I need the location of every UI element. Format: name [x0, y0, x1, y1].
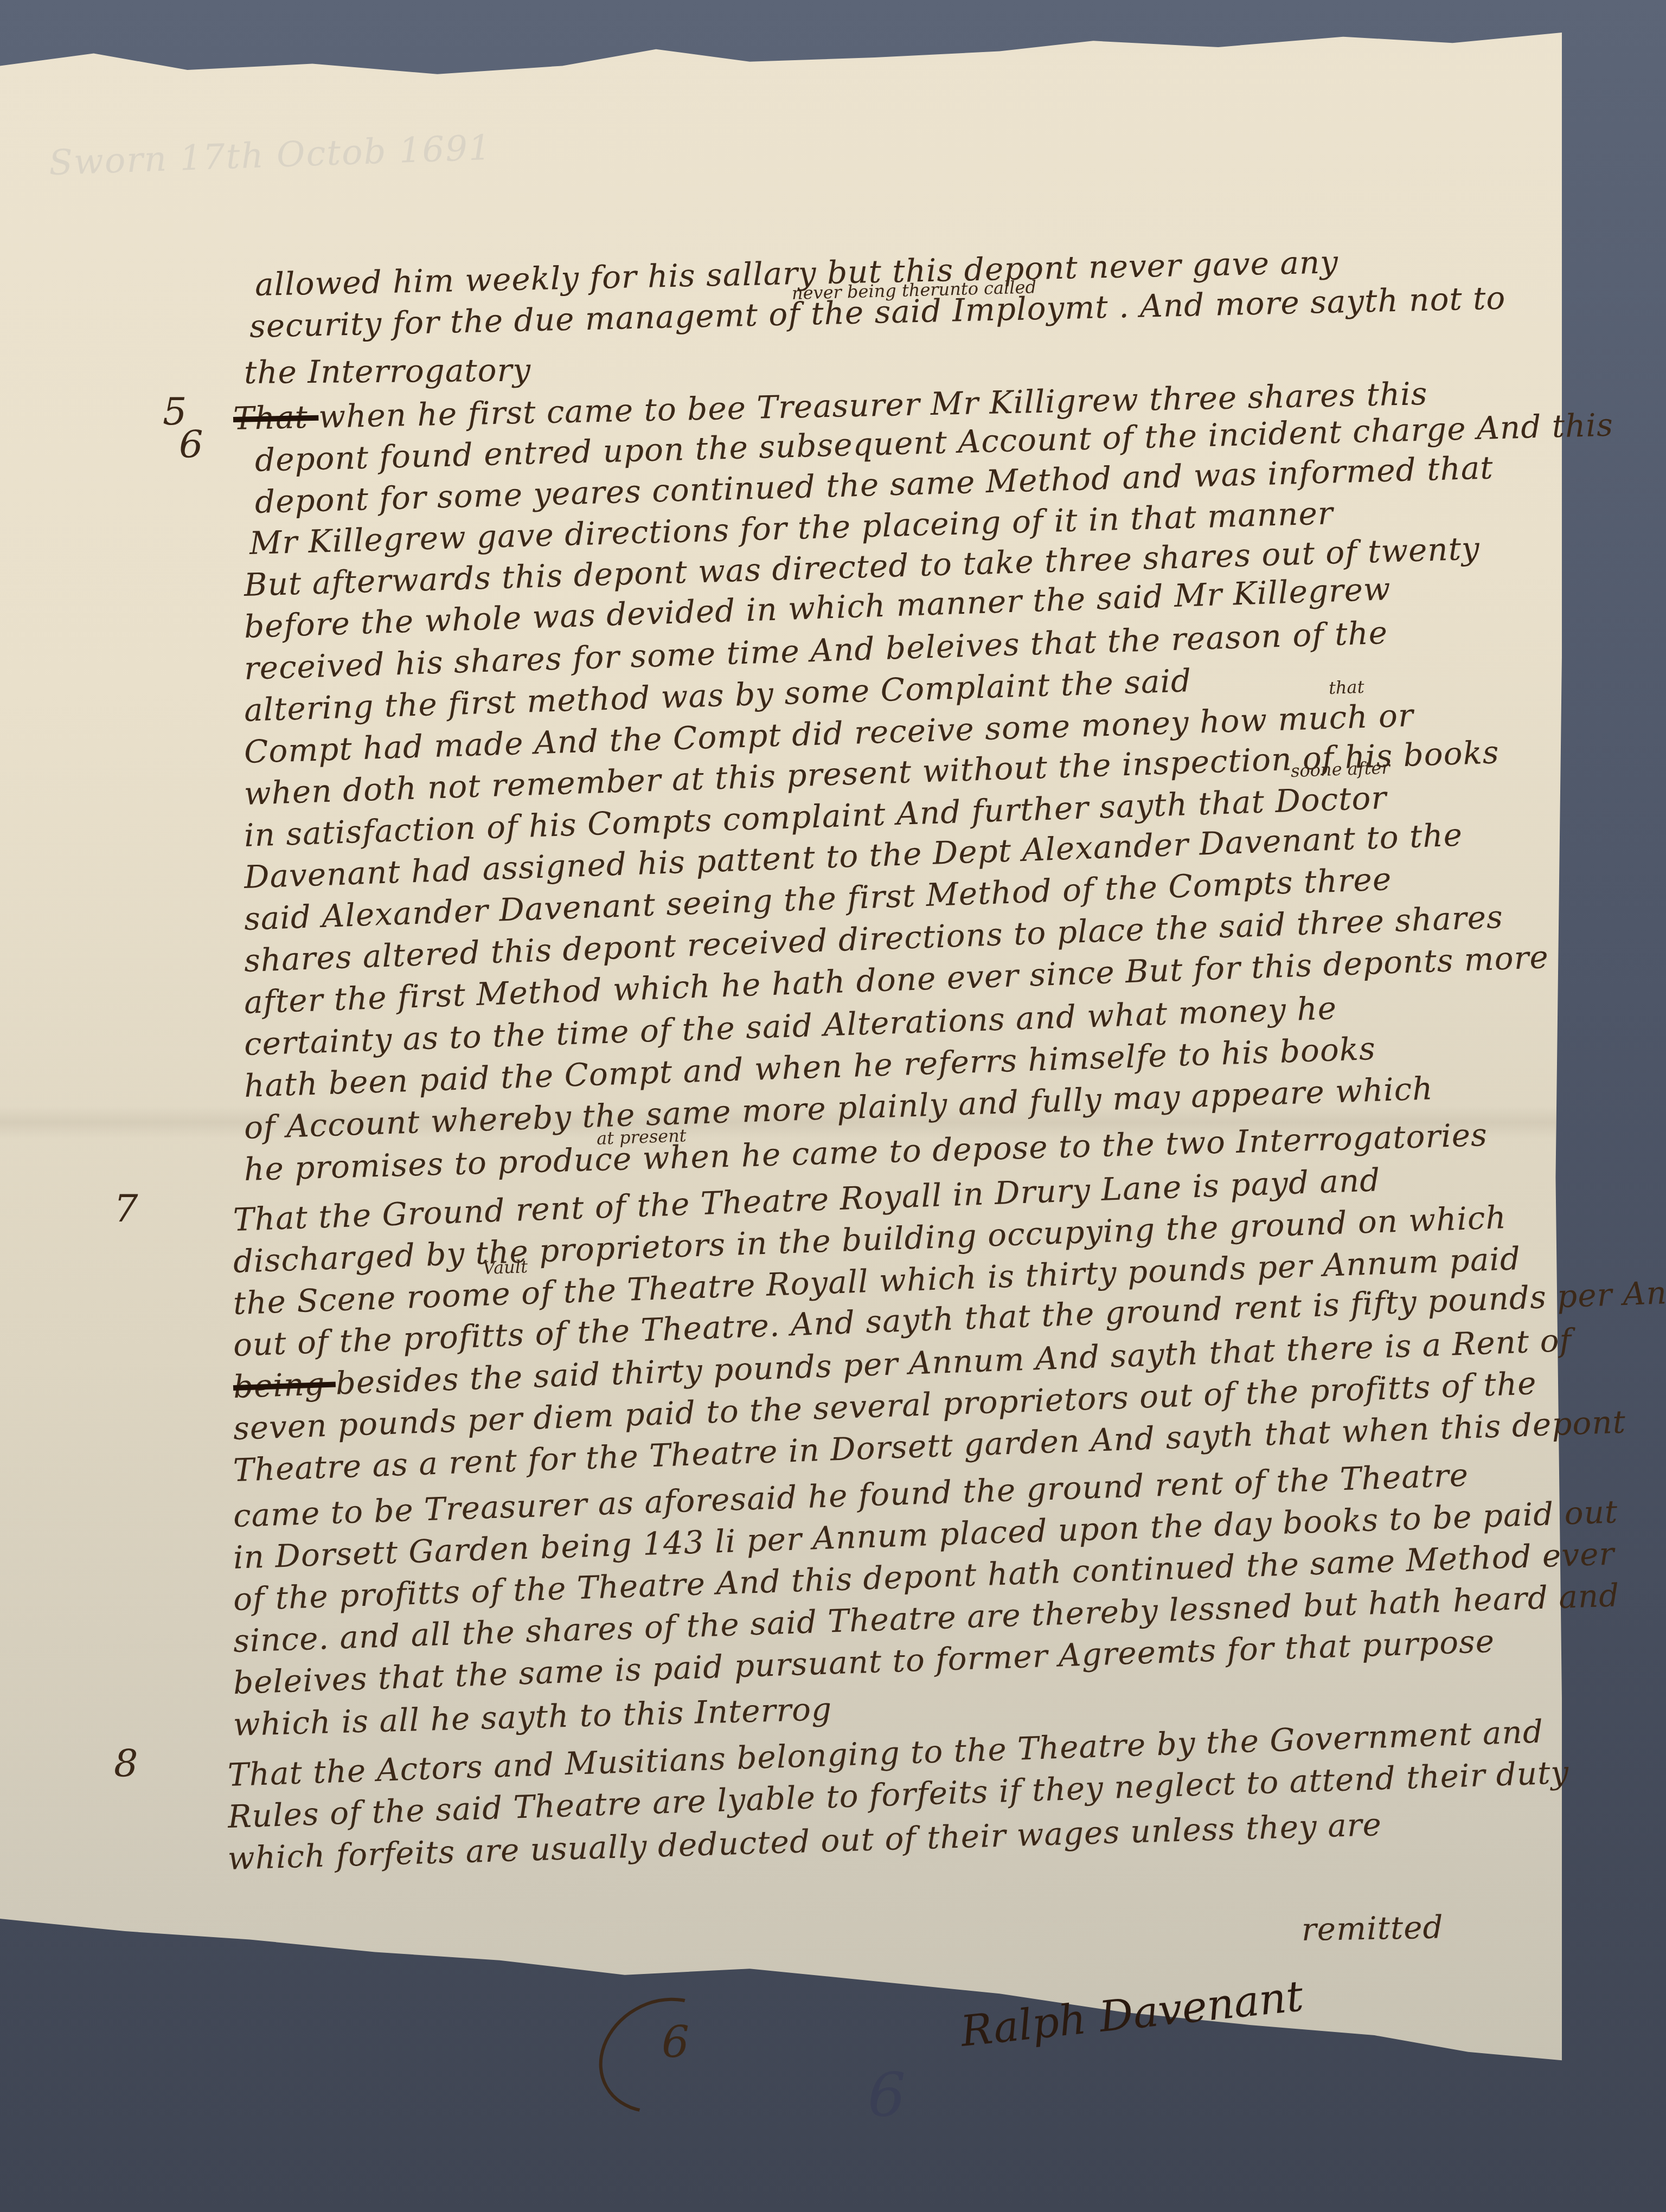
folio-number-pencil: 6 — [868, 2060, 906, 2130]
manuscript-line: the Interrogatory — [244, 351, 531, 391]
interrogatory-number: 7 — [114, 1186, 138, 1231]
manuscript-line: remitted — [1301, 1908, 1444, 1948]
struck-word: That — [233, 398, 319, 437]
folio-number-ink: 6 — [662, 2017, 689, 2067]
faded-endorsement: Sworn 17th Octob 1691 — [48, 128, 492, 183]
struck-word: being — [233, 1365, 336, 1405]
interrogatory-number: 6 — [179, 422, 203, 467]
interlinear-insertion: that — [1328, 677, 1364, 698]
interlinear-insertion: soone after — [1290, 757, 1390, 781]
interrogatory-number: 8 — [114, 1741, 138, 1786]
